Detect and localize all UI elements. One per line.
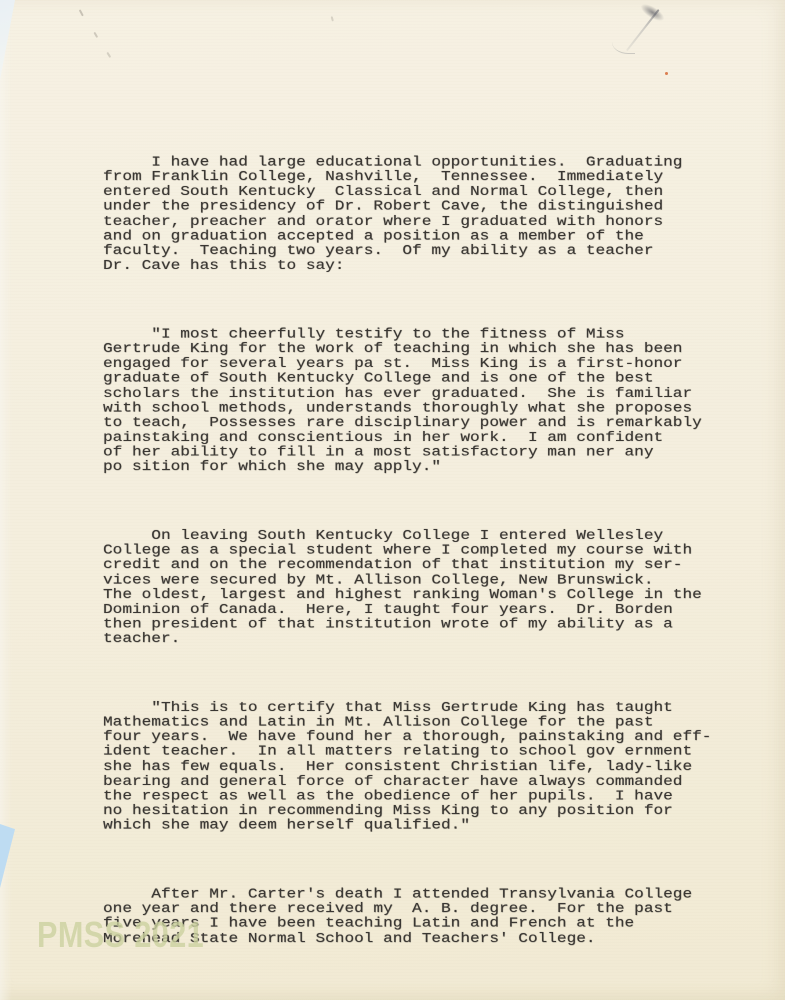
pencil-mark-smudge xyxy=(638,1,667,25)
watermark: PMSS 2021 xyxy=(37,917,204,953)
paragraph-education-intro: I have had large educational opportuniti… xyxy=(103,155,711,273)
paragraph-wellesley-allison: On leaving South Kentucky College I ente… xyxy=(103,529,711,647)
paper-speck xyxy=(107,52,111,58)
paper-speck xyxy=(94,32,98,38)
scanned-document-page: I have had large educational opportuniti… xyxy=(0,0,785,1000)
paragraph-cave-testimonial: "I most cheerfully testify to the fitnes… xyxy=(103,327,711,474)
paper-speck xyxy=(665,72,668,75)
letter-body: I have had large educational opportuniti… xyxy=(103,126,711,975)
paper-speck xyxy=(79,9,84,16)
pencil-mark-hook xyxy=(612,42,635,54)
paper-speck xyxy=(331,16,334,21)
paragraph-borden-testimonial: "This is to certify that Miss Gertrude K… xyxy=(103,701,711,833)
